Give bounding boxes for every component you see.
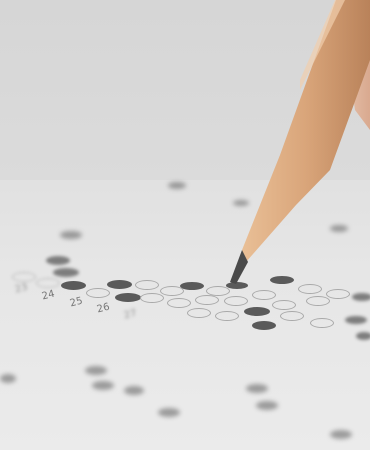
pencil — [0, 0, 370, 450]
photo-scene: 23 24 25 26 27 — [0, 0, 370, 450]
